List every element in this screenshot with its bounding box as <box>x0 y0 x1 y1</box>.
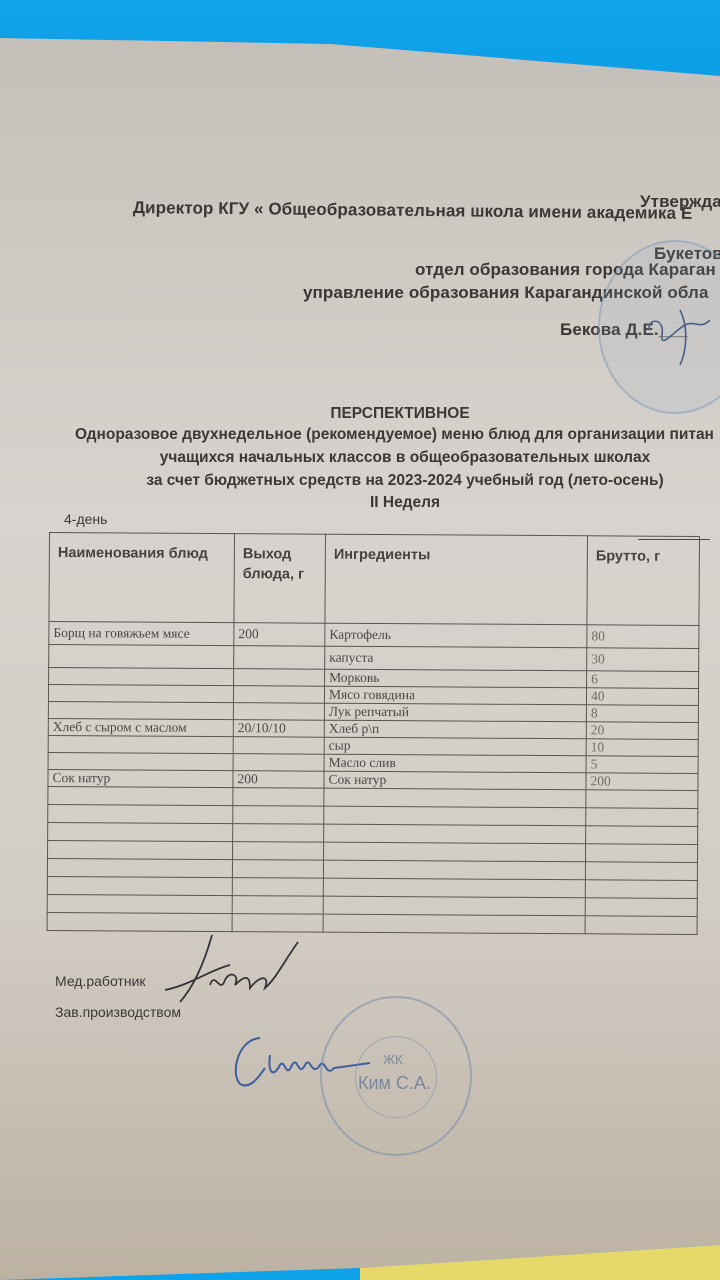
cell-dish <box>48 822 233 841</box>
cell-ingredient <box>324 806 586 826</box>
cell-ingredient <box>323 914 585 934</box>
header-ingredients: Ингредиенты <box>325 534 588 625</box>
cell-ingredient <box>324 842 586 862</box>
cell-yield <box>234 646 325 670</box>
cell-gross: 80 <box>587 625 699 649</box>
cell-dish <box>48 786 233 805</box>
cell-gross <box>585 862 697 881</box>
cell-ingredient: Морковь <box>325 669 587 688</box>
cell-dish <box>47 894 232 913</box>
cell-yield <box>233 737 324 755</box>
cell-gross: 6 <box>587 671 699 689</box>
stamp-top-text: ЖК <box>383 1052 403 1067</box>
cell-gross: 20 <box>586 722 698 740</box>
cell-ingredient <box>323 860 585 880</box>
medic-signature <box>150 930 310 1020</box>
cell-dish: Борщ на говяжьем мясе <box>49 622 234 646</box>
cell-ingredient: Хлеб р\п <box>324 720 586 739</box>
cell-yield <box>233 703 324 721</box>
cell-yield: 20/10/10 <box>233 720 324 738</box>
cell-dish <box>48 685 233 703</box>
cell-yield <box>232 896 323 915</box>
header-yield: Выход блюда, г <box>234 534 326 624</box>
cell-dish <box>49 668 234 686</box>
doc-title-line2: Одноразовое двухнедельное (рекомендуемое… <box>75 426 714 444</box>
table-header-row: Наименования блюд Выход блюда, г Ингреди… <box>49 533 700 626</box>
cell-ingredient <box>323 896 585 916</box>
cell-gross <box>586 826 698 845</box>
cell-dish <box>47 912 232 931</box>
director-signature <box>640 300 720 370</box>
cell-gross: 40 <box>586 688 698 706</box>
cell-yield <box>233 754 324 772</box>
cell-dish <box>48 840 233 859</box>
cell-ingredient <box>323 878 585 898</box>
cell-yield <box>233 824 324 843</box>
cell-gross <box>585 844 697 863</box>
cell-yield: 200 <box>234 623 325 647</box>
cell-dish <box>49 645 234 669</box>
cell-ingredient: капуста <box>325 646 587 671</box>
cell-yield: 200 <box>233 771 324 789</box>
cell-ingredient: Масло слив <box>324 754 586 773</box>
day-label: 4-день <box>64 511 107 527</box>
cell-dish: Хлеб с сыром с маслом <box>48 718 233 736</box>
table-row <box>47 912 697 934</box>
cell-yield <box>234 669 325 687</box>
cell-ingredient: сыр <box>324 737 586 756</box>
doc-title-line4: за счет бюджетных средств на 2023-2024 у… <box>0 472 720 490</box>
cell-gross <box>585 880 697 899</box>
cell-gross <box>585 916 697 935</box>
header-gross: Брутто, г <box>587 536 700 626</box>
cell-yield <box>233 686 324 704</box>
cell-dish <box>48 752 233 770</box>
stamp-name: Ким С.А. <box>358 1073 431 1094</box>
cell-dish <box>48 804 233 823</box>
cell-ingredient: Сок натур <box>324 771 586 790</box>
cell-ingredient: Мясо говядина <box>324 686 586 705</box>
table-row: Борщ на говяжьем мясе200Картофель80 <box>49 622 699 649</box>
cell-gross <box>586 808 698 827</box>
cell-dish <box>47 876 232 895</box>
cell-yield <box>233 842 324 861</box>
cell-ingredient: Картофель <box>325 623 587 648</box>
cell-gross: 30 <box>587 648 699 672</box>
cell-dish <box>47 858 232 877</box>
cell-ingredient: Лук репчатый <box>324 703 586 722</box>
cell-yield <box>233 788 324 807</box>
cell-gross: 200 <box>586 773 698 791</box>
doc-title-week: II Неделя <box>0 494 720 512</box>
cell-ingredient <box>324 824 586 844</box>
doc-title-main: ПЕРСПЕКТИВНОЕ <box>0 405 720 423</box>
cell-yield <box>232 860 323 879</box>
menu-table: Наименования блюд Выход блюда, г Ингреди… <box>47 532 700 935</box>
cell-dish: Сок натур <box>48 769 233 787</box>
cell-gross <box>585 898 697 917</box>
cell-yield <box>233 806 324 825</box>
cell-gross: 10 <box>586 739 698 757</box>
cell-dish <box>48 701 233 719</box>
header-dish-name: Наименования блюд <box>49 533 235 623</box>
cell-gross: 5 <box>586 756 698 774</box>
cell-yield <box>232 878 323 897</box>
medic-label: Мед.работник <box>55 973 146 989</box>
cell-ingredient <box>324 788 586 808</box>
cell-gross: 8 <box>586 705 698 723</box>
cell-gross <box>586 790 698 809</box>
cell-dish <box>48 735 233 753</box>
doc-title-line3: учащихся начальных классов в общеобразов… <box>0 449 720 467</box>
